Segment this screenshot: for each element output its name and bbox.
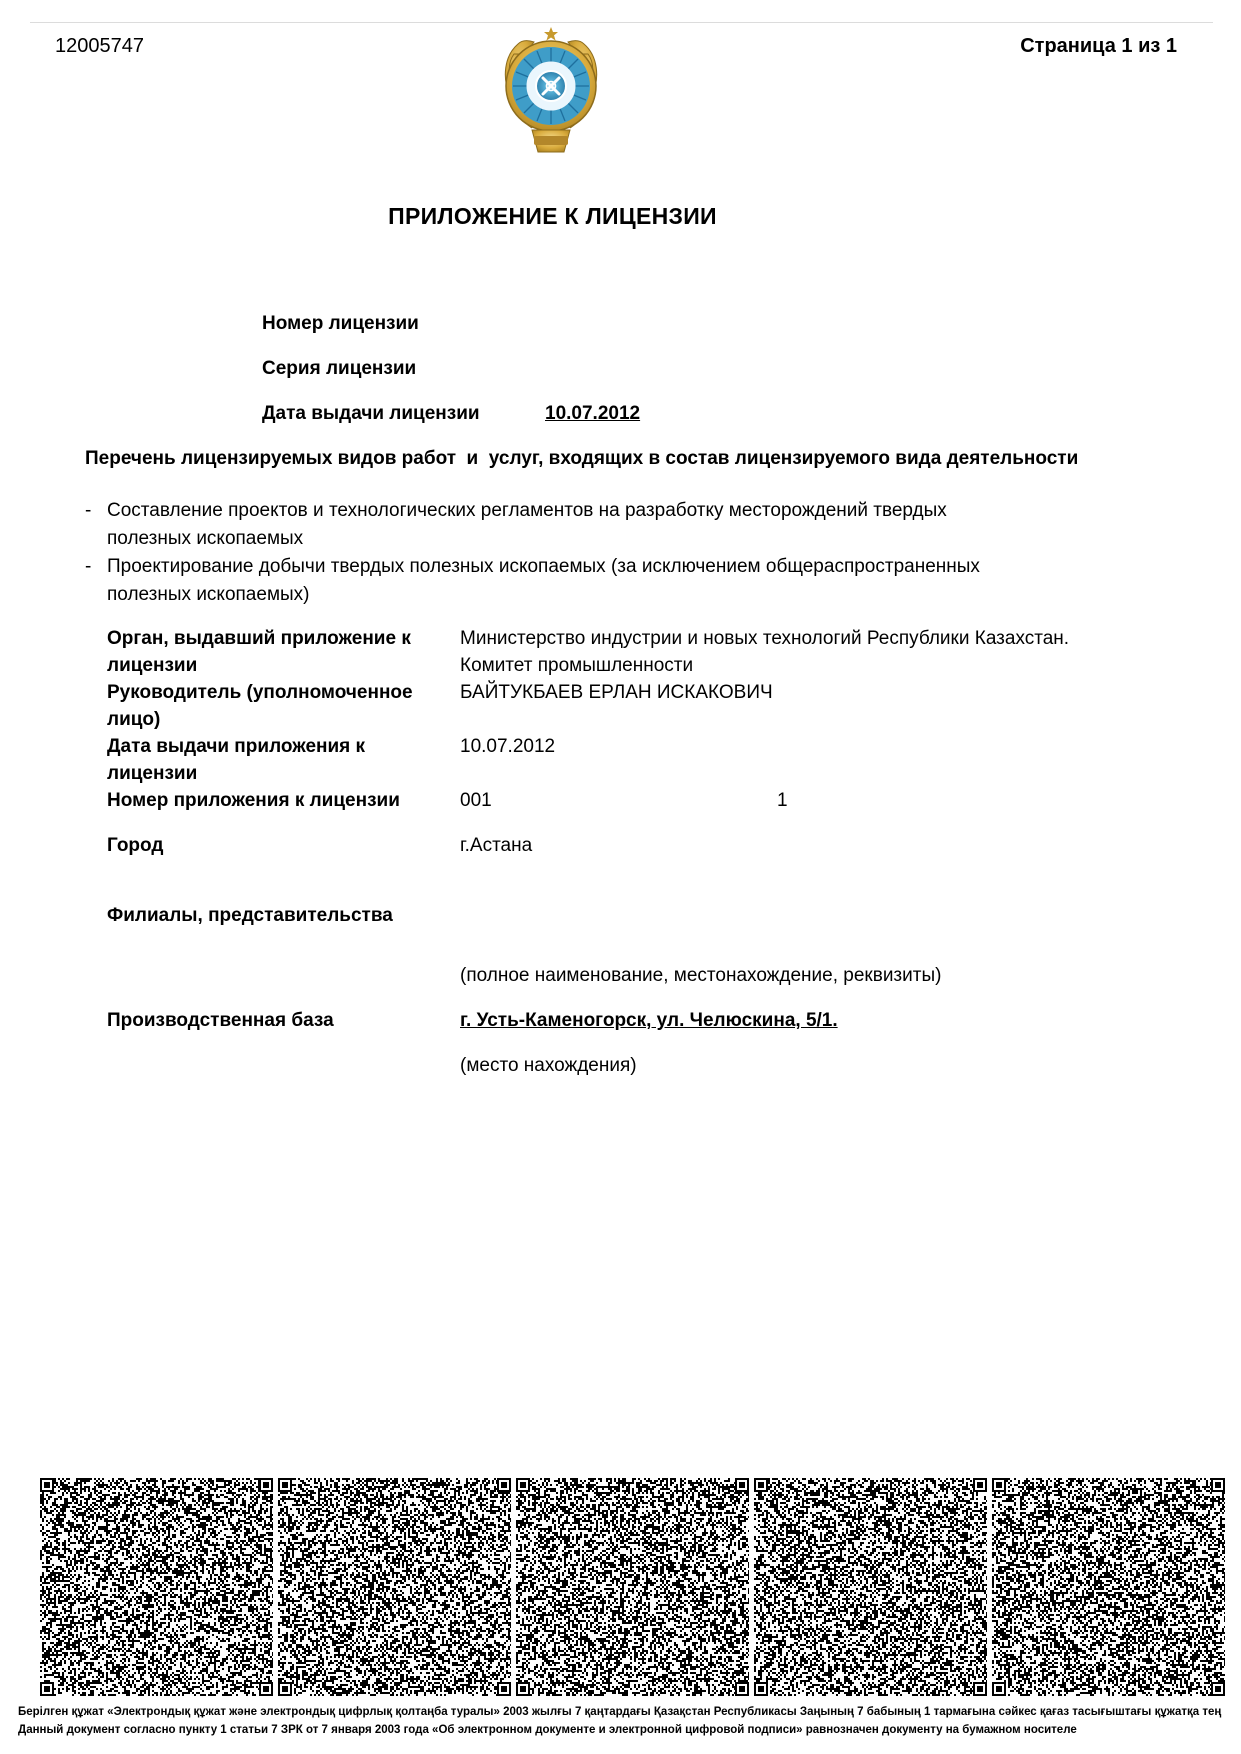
field-label: Дата выдачи лицензии: [262, 401, 545, 428]
kazakhstan-coat-of-arms-icon: [494, 26, 608, 158]
digital-signature-barcode: [40, 1478, 273, 1696]
details-row-label: Номер приложения к лицензии: [107, 787, 460, 814]
works-item: -Составление проектов и технологических …: [0, 497, 1241, 553]
digital-signature-barcode: [278, 1478, 511, 1696]
page-indicator: Страница 1 из 1: [1020, 32, 1177, 60]
details-row-value: г.Астана: [460, 832, 1071, 859]
works-item-text: Проектирование добычи твердых полезных и…: [107, 553, 1027, 609]
field-label: Номер лицензии: [262, 311, 545, 338]
details-row: Производственная базаг. Усть-Каменогорск…: [107, 1007, 1071, 1079]
license-field-row: Дата выдачи лицензии10.07.2012: [262, 401, 1241, 428]
details-row-label: Филиалы, представительства: [107, 902, 460, 929]
legal-footer: Берілген құжат «Электрондық құжат және э…: [18, 1703, 1221, 1739]
details-row: Городг.Астана: [107, 832, 1071, 859]
license-fields: Номер лицензииСерия лицензииДата выдачи …: [262, 311, 1241, 428]
details-row-label: Руководитель (уполномоченное лицо): [107, 679, 460, 733]
document-number: 12005747: [55, 32, 144, 60]
field-label: Серия лицензии: [262, 356, 545, 383]
details-row: Орган, выдавший приложение к лицензииМин…: [107, 625, 1071, 679]
page-header: 12005747 Страница 1 из 1: [0, 0, 1241, 60]
digital-signature-barcode: [516, 1478, 749, 1696]
details-row-label: Город: [107, 832, 460, 859]
details-row: Номер приложения к лицензии0011: [107, 787, 1071, 814]
barcode-strip: [40, 1478, 1225, 1696]
details-row-label: Дата выдачи приложения к лицензии: [107, 733, 460, 787]
details-row-value: 001: [460, 787, 1071, 814]
works-list: -Составление проектов и технологических …: [0, 497, 1241, 609]
details-row-value: БАЙТУКБАЕВ ЕРЛАН ИСКАКОВИЧ: [460, 679, 1071, 733]
bullet-dash: -: [85, 497, 107, 553]
top-divider: [30, 22, 1213, 23]
details-row-value: 10.07.2012: [460, 733, 1071, 787]
details-row: Руководитель (уполномоченное лицо)БАЙТУК…: [107, 679, 1071, 733]
details-row-note: (место нахождения): [460, 1034, 1071, 1079]
details-row-value: [460, 902, 1071, 929]
bullet-dash: -: [85, 553, 107, 609]
footer-line-russian: Данный документ согласно пункту 1 статьи…: [18, 1721, 1221, 1739]
details-row-value-secondary: 1: [777, 787, 788, 814]
digital-signature-barcode: [754, 1478, 987, 1696]
details-row-label: Орган, выдавший приложение к лицензии: [107, 625, 460, 679]
document-title: ПРИЛОЖЕНИЕ К ЛИЦЕНЗИИ: [0, 200, 1105, 233]
details-row-value: Министерство индустрии и новых технологи…: [460, 625, 1071, 679]
footer-line-kazakh: Берілген құжат «Электрондық құжат және э…: [18, 1703, 1221, 1721]
details-row-label: Производственная база: [107, 1007, 460, 1034]
details-table: Орган, выдавший приложение к лицензииМин…: [0, 625, 1241, 1079]
details-row-note: (полное наименование, местонахождение, р…: [460, 929, 1071, 989]
license-field-row: Номер лицензии: [262, 311, 1241, 338]
details-row-value: г. Усть-Каменогорск, ул. Челюскина, 5/1.: [460, 1007, 1071, 1034]
works-item-text: Составление проектов и технологических р…: [107, 497, 1027, 553]
works-section-heading: Перечень лицензируемых видов работ и усл…: [85, 446, 1095, 473]
digital-signature-barcode: [992, 1478, 1225, 1696]
works-item: -Проектирование добычи твердых полезных …: [0, 553, 1241, 609]
details-row: Филиалы, представительства(полное наимен…: [107, 902, 1071, 989]
field-value: 10.07.2012: [545, 403, 640, 424]
details-row: Дата выдачи приложения к лицензии10.07.2…: [107, 733, 1071, 787]
license-appendix-page: 12005747 Страница 1 из 1: [0, 0, 1241, 1754]
license-field-row: Серия лицензии: [262, 356, 1241, 383]
